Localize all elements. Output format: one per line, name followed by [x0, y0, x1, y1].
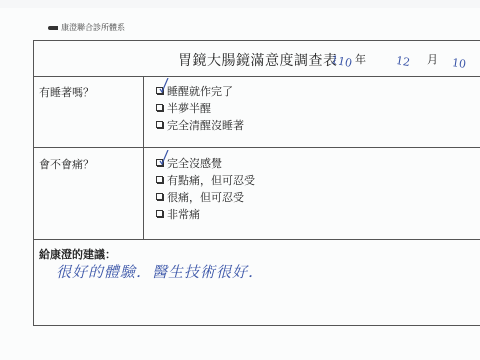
suggestion-label: 給康澄的建議：: [39, 246, 116, 262]
option-item[interactable]: 完全沒感覺: [156, 154, 255, 171]
title-row: 胃鏡大腸鏡滿意度調查表 110 年 12 月 10: [34, 41, 480, 77]
checkbox-checked[interactable]: [156, 87, 163, 94]
column-divider: [143, 76, 144, 147]
option-label: 完全沒感覺: [167, 155, 222, 171]
checkbox[interactable]: [156, 121, 163, 128]
day-value: 10: [451, 56, 467, 71]
month-value: 12: [395, 54, 411, 69]
option-label: 半夢半醒: [167, 100, 211, 116]
checkbox[interactable]: [156, 176, 163, 183]
option-list: 完全沒感覺 有點痛，但可忍受 很痛，但可忍受 非常痛: [156, 154, 255, 222]
column-divider: [143, 148, 144, 239]
checkbox-checked[interactable]: [156, 159, 163, 166]
option-label: 非常痛: [167, 206, 200, 222]
option-item[interactable]: 很痛，但可忍受: [156, 188, 255, 205]
checkbox[interactable]: [156, 193, 163, 200]
question-row-sleep: 有睡著嗎？ 睡醒就作完了 半夢半醒 完全清醒沒睡著: [34, 76, 480, 148]
checkmark-icon: [159, 78, 169, 93]
survey-table: 胃鏡大腸鏡滿意度調查表 110 年 12 月 10 有睡著嗎？ 睡醒就作完了 半…: [33, 40, 480, 326]
option-item[interactable]: 有點痛，但可忍受: [156, 171, 255, 188]
question-label: 有睡著嗎？: [39, 84, 94, 100]
option-label: 很痛，但可忍受: [167, 189, 244, 205]
checkmark-icon: [159, 150, 169, 165]
option-label: 有點痛，但可忍受: [167, 172, 255, 188]
checkbox[interactable]: [156, 210, 163, 217]
option-label: 完全清醒沒睡著: [167, 117, 244, 133]
suggestion-handwritten-text[interactable]: 很好的體驗．醫生技術很好．: [56, 261, 264, 282]
option-item[interactable]: 睡醒就作完了: [156, 82, 244, 99]
option-item[interactable]: 非常痛: [156, 205, 255, 222]
organization-header: 康澄聯合診所體系: [48, 22, 125, 33]
suggestion-section: 給康澄的建議： 很好的體驗．醫生技術很好．: [34, 240, 480, 326]
option-label: 睡醒就作完了: [167, 83, 233, 99]
survey-title: 胃鏡大腸鏡滿意度調查表: [178, 50, 338, 70]
option-item[interactable]: 完全清醒沒睡著: [156, 116, 244, 133]
organization-logo-icon: [48, 26, 58, 30]
organization-name: 康澄聯合診所體系: [61, 22, 125, 33]
option-item[interactable]: 半夢半醒: [156, 99, 244, 116]
month-label: 月: [427, 51, 438, 67]
question-row-pain: 會不會痛？ 完全沒感覺 有點痛，但可忍受 很痛，但可忍受 非常痛: [34, 148, 480, 240]
checkbox[interactable]: [156, 104, 163, 111]
option-list: 睡醒就作完了 半夢半醒 完全清醒沒睡著: [156, 82, 244, 133]
year-label: 年: [355, 51, 366, 67]
question-label: 會不會痛？: [39, 156, 94, 172]
